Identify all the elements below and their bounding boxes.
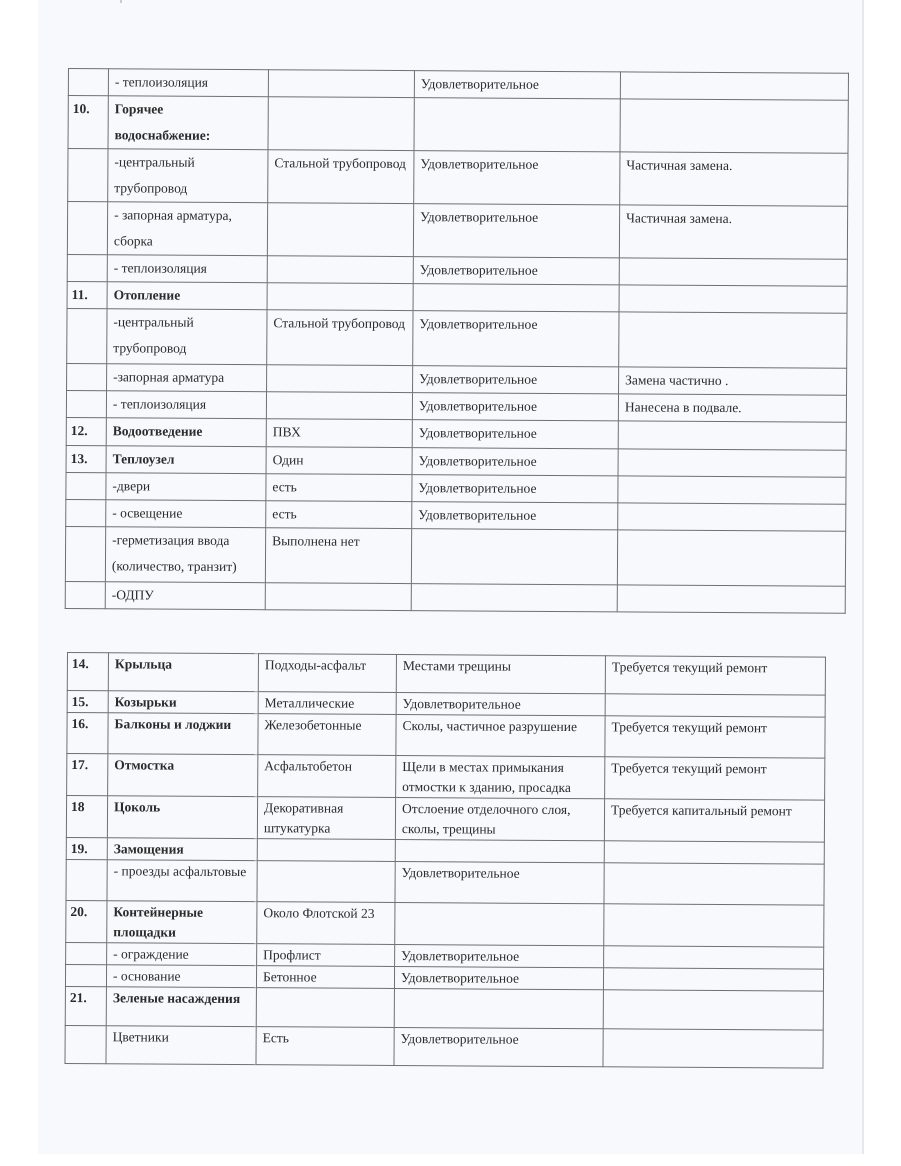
cell-element: - теплоизоляция (107, 255, 267, 283)
cell-notes: Частичная замена. (620, 152, 848, 206)
cell-condition: Удовлетворительное (394, 967, 603, 990)
cell-element: Замощения (107, 838, 257, 861)
cell-num: 20. (66, 900, 107, 942)
cell-material (268, 97, 414, 151)
table-row: 21.Зеленые насаждения (65, 986, 823, 1030)
cell-element: Балконы и лоджии (108, 713, 258, 755)
cell-condition (395, 903, 604, 946)
cell-element: - проезды асфальтовые (107, 860, 257, 902)
cell-notes: Нанесена в подвале. (618, 394, 846, 422)
cell-material (268, 70, 414, 98)
cell-num: 19. (66, 837, 107, 859)
cell-num (67, 202, 107, 255)
cell-element: Цоколь (107, 796, 257, 839)
cell-notes (603, 968, 823, 991)
table-row: - проезды асфальтовыеУдовлетворительное (66, 859, 824, 905)
cell-material (265, 583, 411, 611)
table-row: - теплоизоляцияУдовлетворительноеНанесен… (66, 390, 846, 422)
cell-condition: Удовлетворительное (412, 393, 618, 421)
cell-material: Металлические (258, 692, 396, 715)
cell-element: Зеленые насаждения (106, 987, 256, 1027)
cell-condition (411, 529, 617, 585)
table-row: ЦветникиЕстьУдовлетворительное (65, 1025, 823, 1068)
cell-material (267, 256, 413, 284)
cell-num (67, 254, 107, 281)
cell-material: Есть (256, 1027, 394, 1066)
cell-material (266, 392, 412, 420)
table-row: 14.КрыльцаПодходы-асфальтМестами трещины… (67, 653, 825, 696)
cell-element: Отопление (107, 282, 267, 310)
cell-num: 13. (66, 445, 106, 472)
cell-notes: Требуется капитальный ремонт (604, 799, 824, 842)
cell-notes: Частичная замена. (619, 205, 847, 259)
cell-element: Теплоузел (106, 446, 266, 474)
cell-notes: Замена частично . (619, 367, 847, 395)
cell-element: - основание (106, 965, 256, 988)
table-row: - запорная арматура, сборкаУдовлетворите… (67, 202, 847, 260)
cell-element: -центральный трубопровод (107, 309, 267, 365)
cell-num (68, 69, 108, 96)
cell-notes (603, 1029, 823, 1068)
cell-notes (619, 258, 847, 286)
cell-condition: Удовлетворительное (413, 204, 619, 258)
cell-num: 17. (67, 754, 108, 796)
table-row: 17.ОтмосткаАсфальтобетонЩели в местах пр… (67, 754, 825, 801)
cell-condition: Удовлетворительное (412, 448, 618, 476)
cell-element: Цветники (106, 1026, 256, 1065)
cell-notes (604, 904, 824, 947)
cell-notes: Требуется текущий ремонт (605, 757, 825, 800)
cell-material: Асфальтобетон (258, 755, 396, 798)
table-row: - теплоизоляцияУдовлетворительное (67, 254, 847, 286)
cell-notes (603, 990, 823, 1030)
cell-notes (604, 863, 824, 905)
cell-notes (619, 285, 847, 313)
cell-condition: Удовлетворительное (414, 151, 620, 205)
cell-element: - теплоизоляция (108, 69, 268, 97)
table-row: 18ЦокольДекоративная штукатуркаОтслоение… (66, 796, 824, 843)
cell-condition: Удовлетворительное (412, 502, 618, 530)
cell-num: 21. (65, 986, 106, 1025)
cell-material: Подходы-асфальт (258, 654, 396, 693)
cell-element: -запорная арматура (107, 364, 267, 392)
cell-condition: Щели в местах примыкания отмостки к здан… (396, 756, 605, 799)
cell-num: 15. (67, 691, 108, 713)
cell-condition (413, 284, 619, 312)
cell-num: 10. (68, 96, 108, 149)
cell-element: Козырьки (108, 691, 258, 714)
cell-condition: Удовлетворительное (413, 257, 619, 285)
cell-notes (619, 312, 847, 368)
cell-num (68, 149, 108, 202)
cell-notes (620, 72, 848, 100)
cell-notes (617, 530, 845, 586)
table-row: -центральный трубопроводСтальной трубопр… (68, 149, 848, 207)
inspection-table-top: - теплоизоляцияУдовлетворительное10.Горя… (65, 68, 849, 614)
cell-material: ПВХ (266, 419, 412, 448)
cell-num (66, 499, 106, 526)
cell-material: есть (266, 474, 412, 502)
cell-material: Бетонное (256, 966, 394, 989)
cell-material: Профлист (257, 944, 395, 967)
cell-num (67, 308, 107, 363)
cell-condition (411, 584, 617, 612)
cell-num (65, 964, 106, 986)
cell-num (67, 363, 107, 390)
cell-notes (618, 421, 846, 450)
cell-num: 14. (67, 653, 108, 691)
cell-material (267, 365, 413, 393)
cell-material (257, 839, 395, 862)
cell-material: Выполнена нет (265, 528, 411, 584)
cell-notes (617, 585, 845, 613)
cell-notes (605, 694, 825, 717)
table-row: 20.Контейнерные площадкиОколо Флотской 2… (66, 900, 824, 947)
cell-material: Стальной трубопровод (267, 310, 413, 366)
cell-element: -герметизация ввода (количество, транзит… (105, 527, 265, 583)
scan-mark (120, 0, 122, 3)
cell-notes (618, 449, 846, 477)
cell-notes (618, 476, 846, 504)
table-row: -герметизация ввода (количество, транзит… (65, 526, 845, 586)
cell-num: 11. (67, 281, 107, 308)
cell-num (65, 526, 105, 581)
cell-element: -ОДПУ (105, 582, 265, 610)
cell-num (65, 581, 105, 608)
cell-material: Декоративная штукатурка (257, 797, 395, 840)
cell-condition: Удовлетворительное (396, 693, 605, 716)
cell-num: 12. (66, 417, 106, 445)
cell-notes (604, 841, 824, 864)
cell-condition (394, 989, 603, 1029)
cell-num (65, 1025, 106, 1063)
cell-material: Один (266, 447, 412, 475)
cell-material: Около Флотской 23 (257, 902, 395, 945)
cell-notes (604, 946, 824, 969)
cell-condition: Удовлетворительное (395, 862, 604, 904)
cell-notes (620, 99, 848, 153)
cell-element: Контейнерные площадки (107, 901, 257, 944)
cell-condition: Отслоение отделочного слоя, сколы, трещи… (395, 798, 604, 841)
cell-condition: Удовлетворительное (412, 420, 618, 449)
cell-condition: Удовлетворительное (413, 366, 619, 394)
cell-material: есть (266, 501, 412, 529)
cell-element: Водоотведение (106, 418, 266, 447)
cell-condition: Удовлетворительное (413, 311, 619, 367)
cell-element: Отмостка (108, 754, 258, 797)
cell-notes: Требуется текущий ремонт (605, 656, 825, 695)
cell-material: Железобетонные (258, 714, 396, 756)
cell-condition: Сколы, частичное разрушение (396, 715, 605, 757)
cell-condition (395, 840, 604, 863)
cell-element: - запорная арматура, сборка (107, 202, 267, 256)
cell-material (257, 861, 395, 903)
table-row: 10.Горячее водоснабжение: (68, 96, 848, 154)
cell-element: -двери (106, 473, 266, 501)
cell-element: Горячее водоснабжение: (108, 96, 268, 150)
table-row: -ОДПУ (65, 581, 845, 613)
cell-element: - ограждение (107, 943, 257, 966)
cell-material (267, 283, 413, 311)
inspection-table-bottom: 14.КрыльцаПодходы-асфальтМестами трещины… (64, 652, 826, 1069)
cell-num (66, 942, 107, 964)
table-row: -запорная арматураУдовлетворительноеЗаме… (67, 363, 847, 395)
cell-condition: Местами трещины (396, 655, 605, 694)
table-row: - теплоизоляцияУдовлетворительное (68, 69, 848, 101)
cell-notes: Требуется текущий ремонт (605, 716, 825, 758)
cell-element: -центральный трубопровод (108, 149, 268, 203)
cell-material: Стальной трубопровод (268, 150, 414, 204)
cell-material (267, 203, 413, 257)
table-row: 16.Балконы и лоджииЖелезобетонныеСколы, … (67, 713, 825, 759)
cell-num: 18 (66, 796, 107, 838)
cell-condition: Удовлетворительное (395, 945, 604, 968)
cell-notes (618, 503, 846, 531)
table-row: -центральный трубопроводСтальной трубопр… (67, 308, 847, 368)
cell-element: - теплоизоляция (106, 391, 266, 419)
cell-element: Крыльца (108, 653, 258, 692)
cell-num (66, 472, 106, 499)
cell-num (66, 859, 107, 900)
cell-element: - освещение (106, 500, 266, 528)
cell-condition: Удовлетворительное (414, 71, 620, 99)
cell-condition: Удовлетворительное (394, 1028, 603, 1067)
cell-condition: Удовлетворительное (412, 475, 618, 503)
cell-material (256, 988, 394, 1028)
cell-num (66, 390, 106, 417)
cell-num: 16. (67, 713, 108, 754)
cell-condition (414, 98, 620, 152)
